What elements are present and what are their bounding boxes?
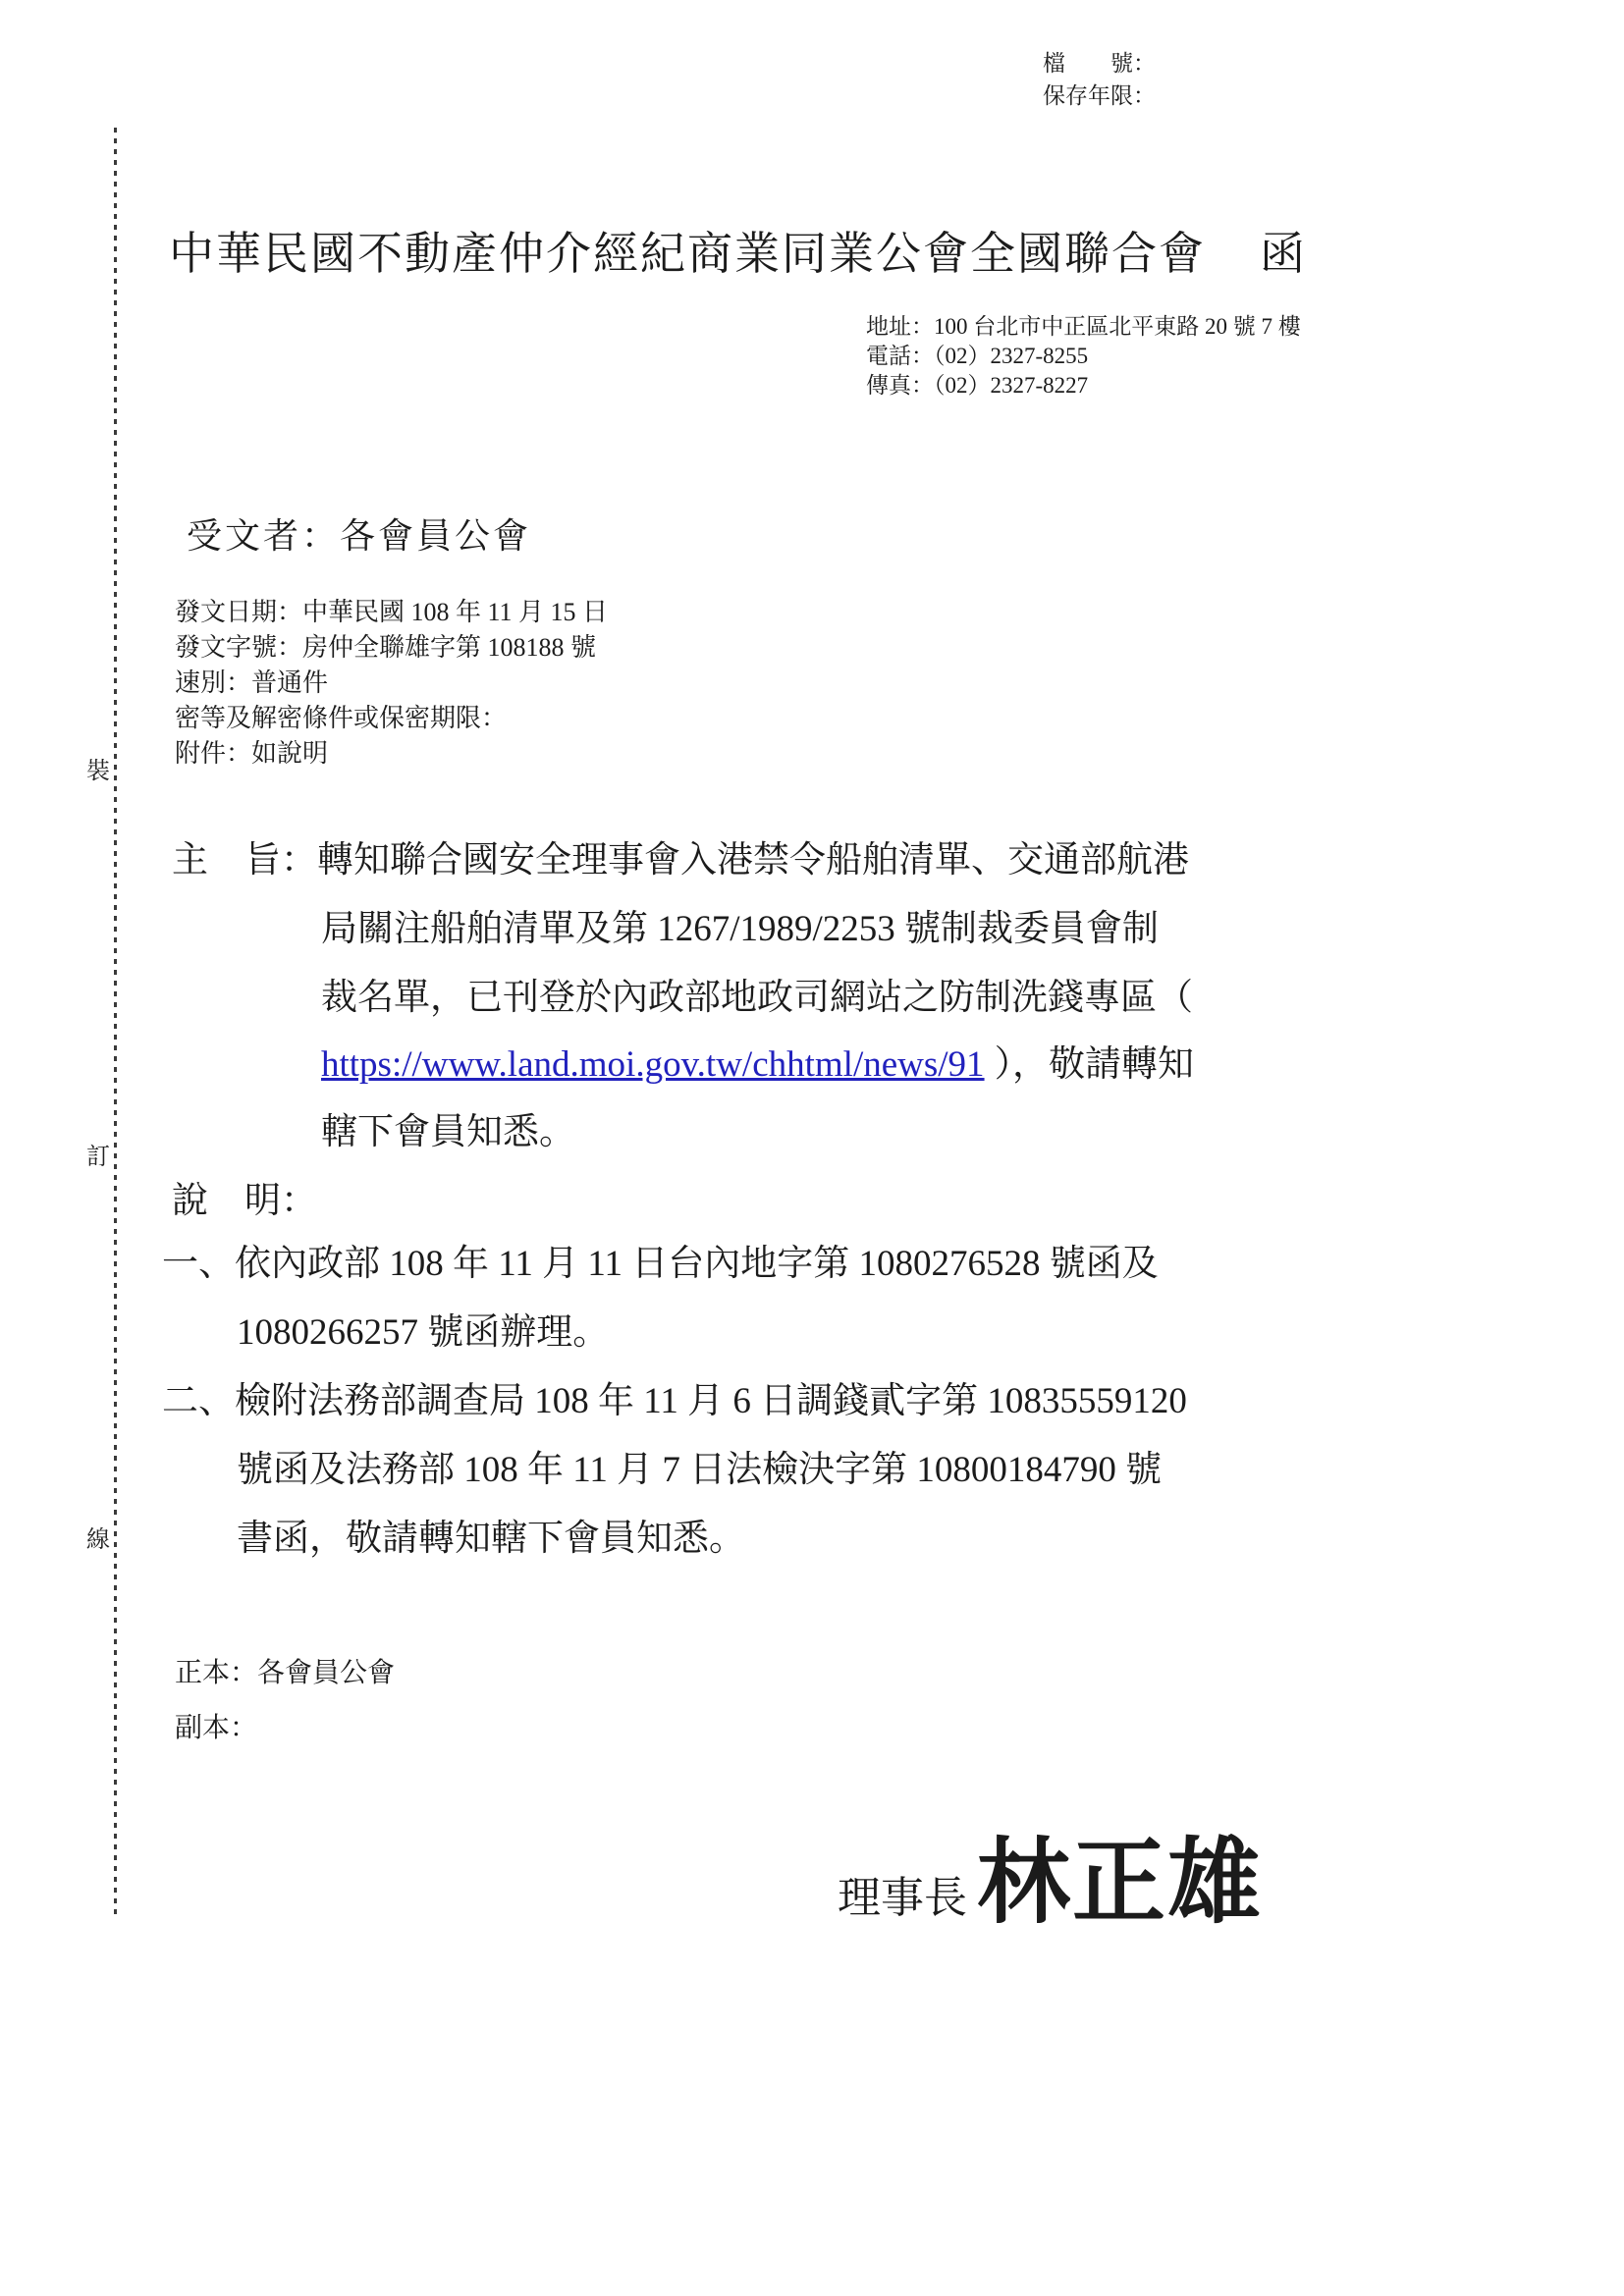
recipient-line: 受文者：各會員公會 <box>187 508 531 559</box>
cc-copy-line: 副本： <box>175 1706 257 1745</box>
letterhead-title: 中華民國不動產仲介經紀商業同業公會全國聯合會函 <box>169 218 1307 283</box>
speed-line: 速別：普通件 <box>175 666 608 701</box>
document-page: 裝 訂 線 檔 號： 保存年限： 中華民國不動產仲介經紀商業同業公會全國聯合會函… <box>0 0 1624 2296</box>
binding-char-xian: 線 <box>86 1520 110 1554</box>
item-1-number: 一、 <box>162 1244 235 1284</box>
subject-line-5: 轄下會員知悉。 <box>321 1101 575 1154</box>
item-2-text-1: 檢附法務部調查局 108 年 11 月 6 日調錢貳字第 10835559120 <box>235 1381 1187 1421</box>
file-number-label: 檔 號： <box>1043 47 1156 80</box>
subject-line-1: 主 旨：轉知聯合國安全理事會入港禁令船舶清單、交通部航港 <box>172 829 1189 882</box>
org-name: 中華民國不動產仲介經紀商業同業公會全國聯合會 <box>169 229 1206 279</box>
original-copy-line: 正本：各會員公會 <box>175 1651 395 1690</box>
binding-char-ding: 訂 <box>86 1137 110 1171</box>
item-2-number: 二、 <box>162 1381 235 1421</box>
phone-line: 電話：（02）2327-8255 <box>866 342 1301 371</box>
archive-stamp-block: 檔 號： 保存年限： <box>1043 47 1156 112</box>
subject-text-4-tail: ），敬請轉知 <box>995 1044 1195 1085</box>
issue-date-line: 發文日期：中華民國 108 年 11 月 15 日 <box>175 595 608 630</box>
document-meta-block: 發文日期：中華民國 108 年 11 月 15 日 發文字號：房仲全聯雄字第 1… <box>175 595 608 772</box>
binding-char-zhuang: 裝 <box>86 751 110 785</box>
doc-type-label: 函 <box>1260 218 1307 283</box>
chairman-name: 林正雄 <box>977 1808 1263 1942</box>
subject-line-4: https://www.land.moi.gov.tw/chhtml/news/… <box>321 1034 1194 1087</box>
security-line: 密等及解密條件或保密期限： <box>175 701 608 736</box>
fax-line: 傳真：（02）2327-8227 <box>866 371 1301 400</box>
address-line: 地址：100 台北市中正區北平東路 20 號 7 樓 <box>866 312 1301 342</box>
explanation-item-2-line-2: 號函及法務部 108 年 11 月 7 日法檢決字第 10800184790 號 <box>237 1439 1162 1492</box>
subject-line-3: 裁名單，已刊登於內政部地政司網站之防制洗錢專區（ <box>321 967 1193 1020</box>
retention-label: 保存年限： <box>1043 80 1156 112</box>
explanation-item-2-line-1: 二、檢附法務部調查局 108 年 11 月 6 日調錢貳字第 108355591… <box>162 1370 1187 1423</box>
subject-text-1: 轉知聯合國安全理事會入港禁令船舶清單、交通部航港 <box>317 840 1189 881</box>
binding-dashed-line <box>114 128 117 1914</box>
subject-url-link[interactable]: https://www.land.moi.gov.tw/chhtml/news/… <box>321 1044 985 1085</box>
explanation-label: 說 明： <box>172 1170 317 1223</box>
item-1-text-1: 依內政部 108 年 11 月 11 日台內地字第 1080276528 號函及 <box>235 1244 1159 1284</box>
explanation-item-1-line-1: 一、依內政部 108 年 11 月 11 日台內地字第 1080276528 號… <box>162 1233 1159 1286</box>
explanation-item-1-line-2: 1080266257 號函辦理。 <box>237 1302 609 1355</box>
letterhead-contact-block: 地址：100 台北市中正區北平東路 20 號 7 樓 電話：（02）2327-8… <box>866 312 1301 400</box>
chairman-title: 理事長 <box>838 1862 967 1925</box>
subject-label: 主 旨： <box>172 840 317 881</box>
attachment-line: 附件：如說明 <box>175 736 608 772</box>
subject-line-2: 局關注船舶清單及第 1267/1989/2253 號制裁委員會制 <box>321 898 1159 951</box>
explanation-item-2-line-3: 書函，敬請轉知轄下會員知悉。 <box>237 1508 745 1561</box>
doc-number-line: 發文字號：房仲全聯雄字第 108188 號 <box>175 630 608 666</box>
